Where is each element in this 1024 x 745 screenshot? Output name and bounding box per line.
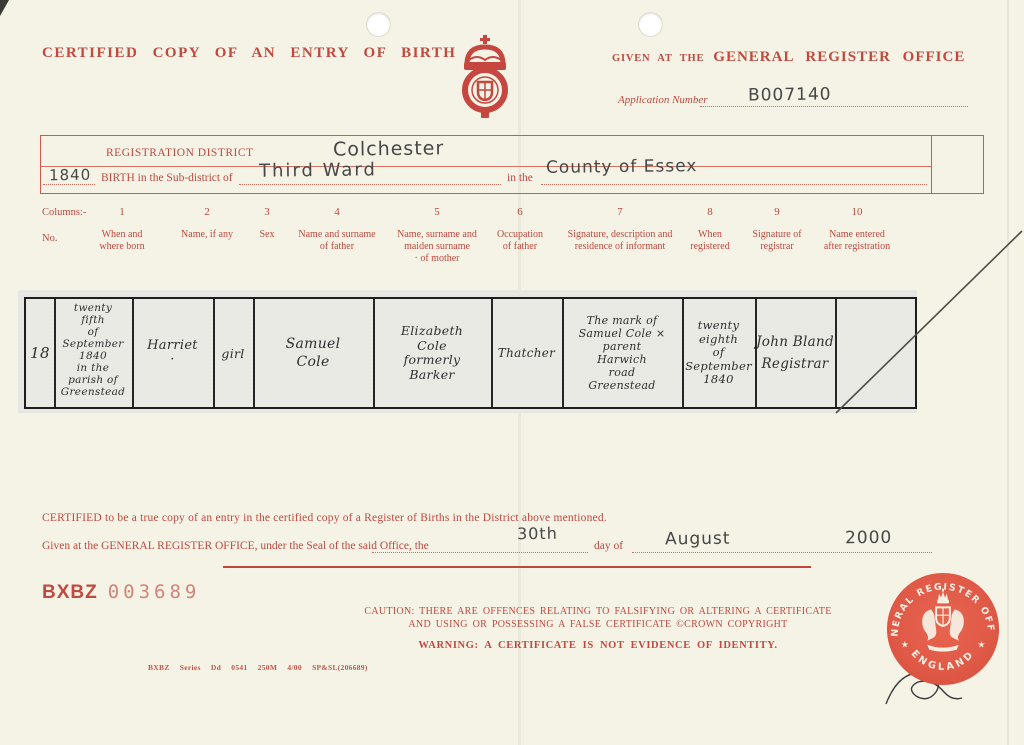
cell-father: Samuel Cole [253,299,375,407]
column-header-9: 9 Signature of registrar [737,206,817,253]
column-label: When and where born [77,229,167,253]
column-number: 6 [480,206,560,218]
column-number: 1 [77,206,167,218]
column-header-2: 2 Name, if any [162,206,252,241]
column-number: 2 [162,206,252,218]
scan-corner-mark [0,0,9,16]
registration-district-box: REGISTRATION DISTRICT Colchester 1840 BI… [40,135,984,194]
seal-star-right: ★ [977,640,985,650]
registration-district-value: Colchester [333,137,444,160]
informant-value: The mark of Samuel Cole × parent Harwich… [579,314,666,392]
occupation-value: Thatcher [498,346,555,360]
column-number: 9 [737,206,817,218]
certified-statement: CERTIFIED to be a true copy of an entry … [42,512,607,524]
application-number-line [700,106,968,107]
page-title: CERTIFIED COPY OF AN ENTRY OF BIRTH [42,45,456,62]
hole-punch-left [367,13,390,36]
day-of-label: day of [594,540,623,552]
application-number-label: Application Number [618,94,708,106]
district-box-col-divider [931,136,932,193]
column-label: Name entered after registration [807,229,907,253]
birth-year-value: 1840 [49,166,91,185]
column-label: Name and surname of father [282,229,392,253]
column-header-7: 7 Signature, description and residence o… [550,206,690,253]
month-year-dotted-line [632,552,932,553]
red-rule-line [223,566,811,568]
birth-subdistrict-label: BIRTH in the Sub-district of [101,172,233,184]
column-header-6: 6 Occupation of father [480,206,560,253]
warning-line: WARNING: A CERTIFICATE IS NOT EVIDENCE O… [240,640,956,651]
cell-entry-no: 18 [26,299,56,407]
day-dotted-line [372,552,588,553]
header-right: GIVEN AT THE GENERAL REGISTER OFFICE [612,49,965,66]
in-the-label: in the [507,172,533,184]
cell-sex: girl [213,299,255,407]
column-header-10: 10 Name entered after registration [807,206,907,253]
county-dotted-line [541,184,927,185]
birth-certificate-scan: CERTIFIED COPY OF AN ENTRY OF BIRTH GIVE… [0,0,1024,745]
mother-value: Elizabeth Cole formerly Barker [401,324,463,382]
general-register-office-label: GENERAL REGISTER OFFICE [713,49,965,66]
name-value: Harriet · [147,339,198,367]
column-label: When registered [675,229,745,253]
serial-number-block: BXBZ 003689 [42,581,200,604]
district-box-row-divider [41,166,931,167]
application-number-value: B007140 [748,84,832,105]
month-value: August [665,529,731,550]
column-label: Occupation of father [480,229,560,253]
register-entry-table: 18 twenty fifth of September 1840 in the… [24,297,917,409]
column-header-8: 8 When registered [675,206,745,253]
cell-when-where-born: twenty fifth of September 1840 in the pa… [54,299,134,407]
column-header-1: 1 When and where born [77,206,167,253]
caution-block: CAUTION: THERE ARE OFFENCES RELATING TO … [240,606,956,651]
cell-registrar-signature: John Bland Registrar [755,299,837,407]
seal-star-left: ★ [901,640,909,650]
registration-district-label: REGISTRATION DISTRICT [106,147,254,159]
gro-seal: GENERAL REGISTER OFFICE ENGLAND ★ ★ [884,570,1002,688]
column-label: Name, surname and maiden surname · of mo… [377,229,497,265]
hole-punch-right [639,13,662,36]
when-where-born-value: twenty fifth of September 1840 in the pa… [61,299,125,398]
cell-name: Harriet · [132,299,215,407]
serial-number: 003689 [108,581,201,603]
caution-line-2: AND USING OR POSSESSING A FALSE CERTIFIC… [240,619,956,632]
subdistrict-value: Third Ward [259,159,377,181]
cell-informant: The mark of Samuel Cole × parent Harwich… [562,299,684,407]
page-edge-line [1007,0,1009,745]
cell-mother: Elizabeth Cole formerly Barker [373,299,493,407]
county-value: County of Essex [546,156,698,178]
serial-prefix: BXBZ [42,582,98,604]
column-number: 5 [377,206,497,218]
caution-line-1: CAUTION: THERE ARE OFFENCES RELATING TO … [240,606,956,619]
given-at-statement: Given at the GENERAL REGISTER OFFICE, un… [42,540,429,552]
father-value: Samuel Cole [286,335,341,371]
entry-no-value: 18 [30,344,50,362]
no-column-label: No. [42,233,57,244]
year-dotted-line [43,184,95,185]
print-code: BXBZ Series Dd 0541 250M 4/00 SP&SL(2066… [148,663,368,672]
column-number: 8 [675,206,745,218]
column-header-4: 4 Name and surname of father [282,206,392,253]
column-label: Signature, description and residence of … [550,229,690,253]
column-label: Name, if any [162,229,252,241]
column-number: 4 [282,206,392,218]
royal-crest-icon [452,34,518,120]
given-at-the-label: GIVEN AT THE [612,53,704,64]
cell-name-after-registration [835,299,910,407]
sex-value: girl [221,346,244,361]
year-value: 2000 [845,528,893,549]
column-number: 7 [550,206,690,218]
column-label: Signature of registrar [737,229,817,253]
column-header-5: 5 Name, surname and maiden surname · of … [377,206,497,265]
day-value: 30th [517,524,558,543]
cell-occupation: Thatcher [491,299,564,407]
subdistrict-dotted-line [239,184,501,185]
column-number: 10 [807,206,907,218]
